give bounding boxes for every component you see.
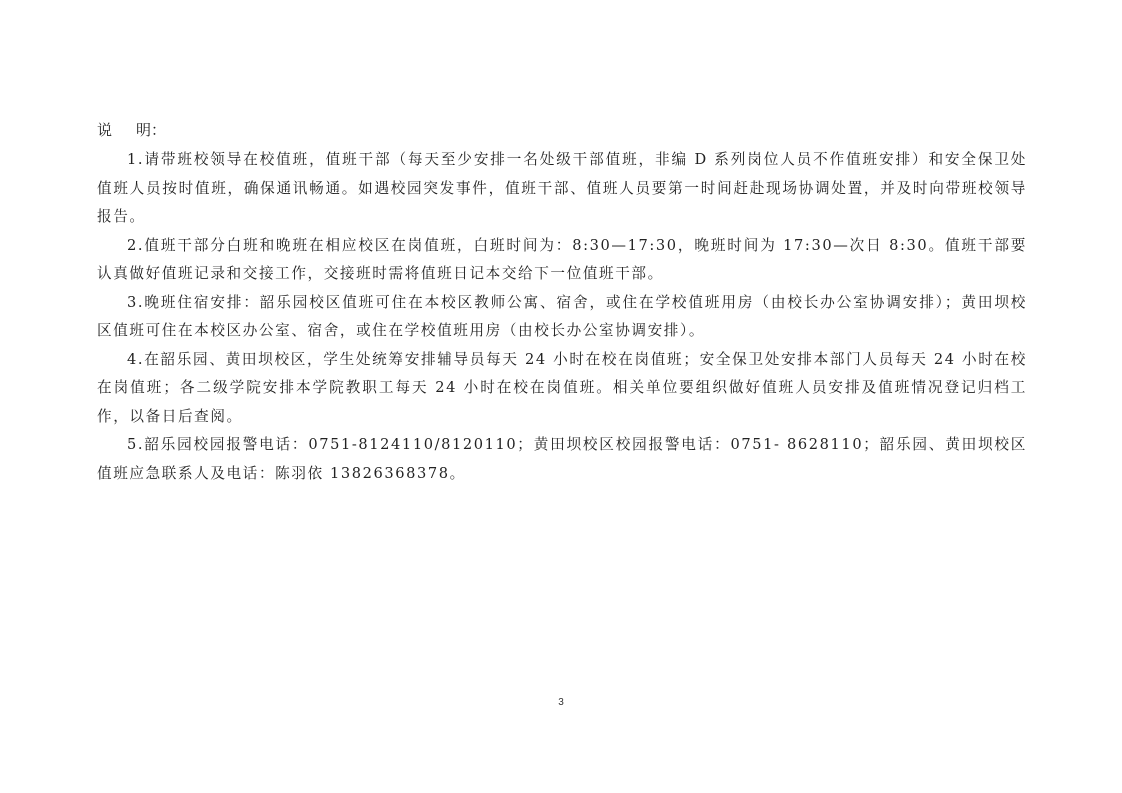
notes-body: 1.请带班校领导在校值班，值班干部（每天至少安排一名处级干部值班，非编 D 系列… (97, 146, 1027, 488)
page-number: 3 (0, 697, 1122, 708)
note-paragraph-2: 2.值班干部分白班和晚班在相应校区在岗值班，白班时间为：8:30—17:30，晚… (97, 232, 1027, 289)
notes-heading: 说明： (97, 120, 166, 140)
note-paragraph-4: 4.在韶乐园、黄田坝校区，学生处统筹安排辅导员每天 24 小时在校在岗值班；安全… (97, 346, 1027, 432)
document-page: 说明： 1.请带班校领导在校值班，值班干部（每天至少安排一名处级干部值班，非编 … (0, 0, 1122, 793)
heading-part-2: 明： (136, 121, 166, 139)
heading-part-1: 说 (97, 121, 112, 139)
note-paragraph-1: 1.请带班校领导在校值班，值班干部（每天至少安排一名处级干部值班，非编 D 系列… (97, 146, 1027, 232)
note-paragraph-3: 3.晚班住宿安排：韶乐园校区值班可住在本校区教师公寓、宿舍，或住在学校值班用房（… (97, 289, 1027, 346)
note-paragraph-5: 5.韶乐园校园报警电话：0751-8124110/8120110；黄田坝校区校园… (97, 431, 1027, 488)
